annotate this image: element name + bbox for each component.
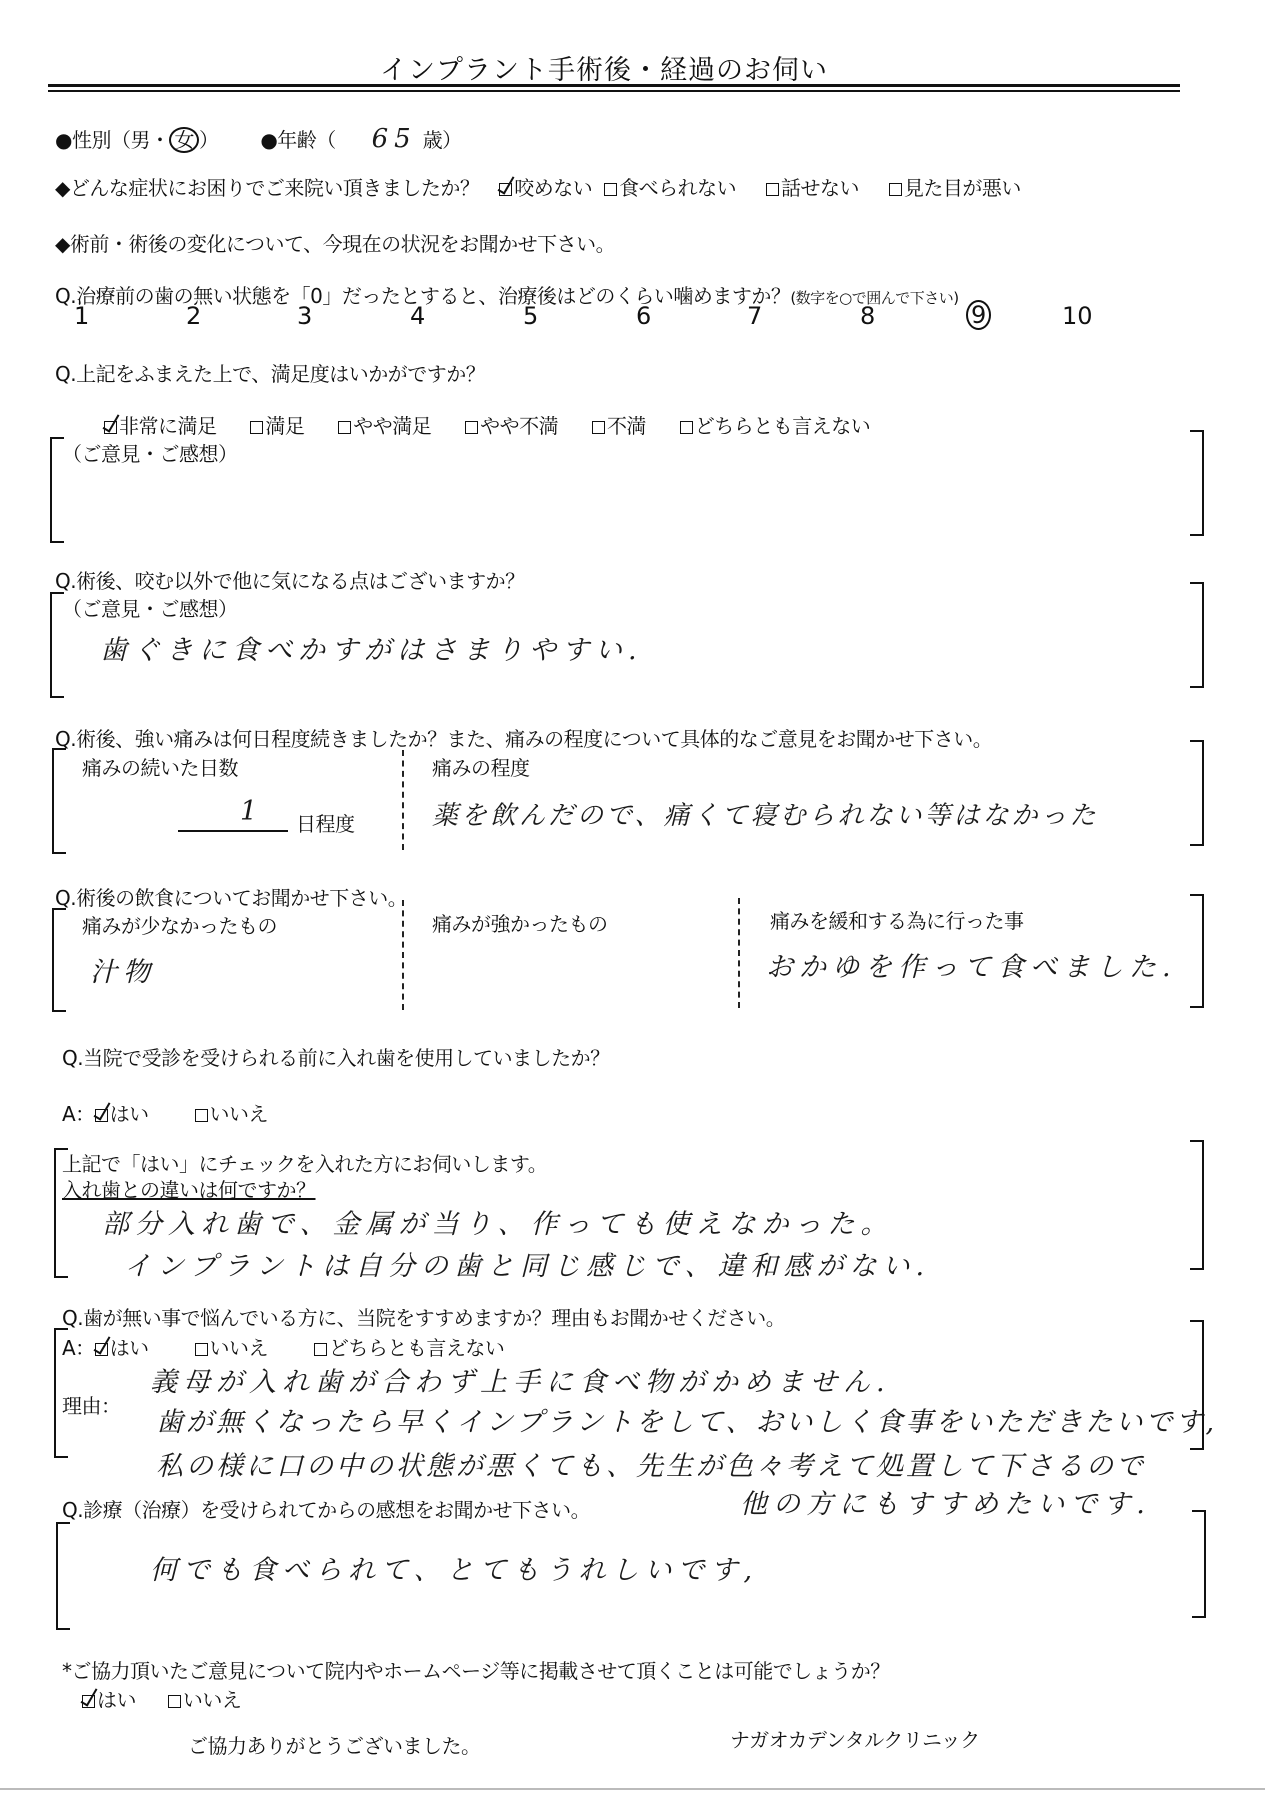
age-label: ●年齢（ [260, 128, 335, 152]
satisfaction-options: 非常に満足 満足 やや満足 やや不満 不満 どちらとも言えない [104, 410, 898, 439]
comment-box-right-bracket [1190, 430, 1204, 536]
checkbox-icon[interactable] [604, 183, 617, 196]
satisfaction-dissatisfied[interactable]: 不満 [592, 414, 646, 438]
option-label: いいえ [183, 1688, 242, 1712]
option-label: 咬めない [514, 176, 592, 200]
clinic-name: ナガオカデンタルクリニック [730, 1724, 980, 1753]
intro-text: ◆術前・術後の変化について、今現在の状況をお聞かせ下さい。 [55, 228, 615, 257]
thanks-text: ご協力ありがとうございました。 [188, 1730, 481, 1759]
option-label: どちらとも言えない [329, 1336, 505, 1360]
option-label: 不満 [607, 414, 646, 438]
scale-5[interactable]: 5 [523, 302, 538, 330]
pain-question: Q.術後、強い痛みは何日程度続きましたか？また、痛みの程度について具体的なご意見… [55, 723, 992, 752]
scale-4[interactable]: 4 [410, 302, 425, 330]
option-label: やや不満 [480, 414, 558, 438]
dentures-answer-line1[interactable]: 部分入れ歯で、金属が当り、作っても使えなかった。 [102, 1202, 893, 1241]
checkbox-checked-icon[interactable] [104, 421, 117, 434]
age-suffix: 歳） [423, 128, 462, 152]
satisfaction-neither[interactable]: どちらとも言えない [680, 414, 871, 438]
checkbox-icon[interactable] [195, 1343, 208, 1356]
dentures-followup-line2: 入れ歯との違いは何ですか？ [62, 1174, 316, 1203]
dentures-box-right-bracket [1190, 1140, 1204, 1270]
recommend-answer: A：はい いいえ どちらとも言えない [62, 1332, 504, 1361]
concerns-comment-field[interactable]: 歯ぐきに食べかすがはさまりやすい. [100, 628, 643, 667]
symptom-option-chew[interactable]: 咬めない [499, 176, 592, 200]
satisfaction-satisfied[interactable]: 満足 [250, 414, 304, 438]
checkbox-checked-icon[interactable] [82, 1695, 95, 1708]
scale-1[interactable]: 1 [74, 302, 89, 330]
answer-prefix: A： [62, 1336, 95, 1360]
option-label: はい [110, 1336, 149, 1360]
checkbox-checked-icon[interactable] [95, 1109, 108, 1122]
option-label: 非常に満足 [119, 414, 217, 438]
relief-value[interactable]: おかゆを作って食べました. [766, 945, 1177, 984]
checkbox-icon[interactable] [168, 1695, 181, 1708]
title-rule-top [48, 84, 1180, 87]
symptom-option-speak[interactable]: 話せない [766, 176, 859, 200]
concerns-comment-label: （ご意見・ご感想） [62, 593, 238, 622]
option-label: いいえ [210, 1102, 269, 1126]
impression-question: Q.診療（治療）を受けられてからの感想をお聞かせ下さい。 [62, 1494, 590, 1523]
option-label: いいえ [210, 1336, 269, 1360]
satisfaction-very-satisfied[interactable]: 非常に満足 [104, 414, 217, 438]
concerns-box-right-bracket [1190, 582, 1204, 688]
pain-box-divider [402, 750, 404, 850]
pain-box-right-bracket [1190, 740, 1204, 846]
pain-days-value[interactable]: 1 [240, 796, 263, 827]
scale-6[interactable]: 6 [636, 302, 651, 330]
checkbox-icon[interactable] [680, 421, 693, 434]
checkbox-icon[interactable] [592, 421, 605, 434]
checkbox-icon[interactable] [889, 183, 902, 196]
scale-3[interactable]: 3 [297, 302, 312, 330]
pain-degree-value[interactable]: 薬を飲んだので、痛くて寝むられない等はなかった [432, 795, 1098, 832]
reason-line-2[interactable]: 歯が無くなったら早くインプラントをして、おいしく食事をいただきたいです, [156, 1400, 1217, 1439]
pain-days-label: 痛みの続いた日数 [82, 752, 238, 781]
scale-2[interactable]: 2 [186, 302, 201, 330]
checkbox-icon[interactable] [338, 421, 351, 434]
option-label: やや満足 [353, 414, 431, 438]
symptom-option-appearance[interactable]: 見た目が悪い [889, 176, 1021, 200]
pain-days-suffix: 日程度 [296, 808, 355, 837]
form-title: インプラント手術後・経過のお伺い [380, 48, 828, 87]
checkbox-checked-icon[interactable] [95, 1343, 108, 1356]
relief-label: 痛みを緩和する為に行った事 [770, 905, 1024, 934]
checkbox-icon[interactable] [766, 183, 779, 196]
pain-box-left-bracket [52, 748, 66, 854]
impression-comment[interactable]: 何でも食べられて、とてもうれしいです, [150, 1548, 758, 1587]
scale-8[interactable]: 8 [860, 302, 875, 330]
age-value[interactable]: 65 [372, 124, 417, 154]
checkbox-checked-icon[interactable] [499, 183, 512, 196]
consent-no[interactable]: いいえ [168, 1688, 242, 1712]
option-label: 満足 [265, 414, 304, 438]
option-label: 話せない [781, 176, 859, 200]
satisfaction-somewhat-dissatisfied[interactable]: やや不満 [465, 414, 558, 438]
option-label: どちらとも言えない [695, 414, 871, 438]
scale-7[interactable]: 7 [747, 302, 762, 330]
answer-prefix: A： [62, 1102, 95, 1126]
consent-yes[interactable]: はい [82, 1688, 136, 1712]
profile-row: ●性別（男・女） ●年齢（ 65 歳） [55, 124, 462, 154]
satisfaction-somewhat-satisfied[interactable]: やや満足 [338, 414, 431, 438]
consent-question: *ご協力頂いたご意見について院内やホームページ等に掲載させて頂くことは可能でしょ… [62, 1655, 890, 1684]
dentures-question: Q.当院で受診を受けられる前に入れ歯を使用していましたか？ [62, 1042, 610, 1071]
eating-box-divider-2 [738, 898, 740, 1008]
recommend-question: Q.歯が無い事で悩んでいる方に、当院をすすめますか？理由もお聞かせください。 [62, 1302, 785, 1331]
gender-close: ） [199, 128, 219, 152]
option-label: はい [110, 1102, 149, 1126]
recommend-yes[interactable]: はい [95, 1336, 149, 1360]
scale-9-selected[interactable]: 9 [966, 300, 991, 330]
reason-line-3[interactable]: 私の様に口の中の状態が悪くても、先生が色々考えて処置して下さるので [156, 1444, 1146, 1483]
less-pain-label: 痛みが少なかったもの [82, 910, 277, 939]
satisfaction-comment-field[interactable] [100, 470, 1180, 530]
less-pain-value[interactable]: 汁物 [90, 950, 156, 989]
dentures-yes[interactable]: はい [95, 1102, 149, 1126]
symptoms-question: ◆どんな症状にお困りでご来院い頂きましたか？ [55, 176, 479, 200]
dentures-answer: A：はい いいえ [62, 1098, 268, 1127]
eating-question: Q.術後の飲食についてお聞かせ下さい。 [55, 882, 407, 911]
page-bottom-edge [0, 1788, 1265, 1790]
symptom-option-eat[interactable]: 食べられない [604, 176, 736, 200]
gender-label: ●性別（男・ [55, 128, 169, 152]
eating-box-right-bracket [1190, 894, 1204, 1008]
satisfaction-question: Q.上記をふまえた上で、満足度はいかがですか？ [55, 358, 485, 387]
gender-selected[interactable]: 女 [169, 127, 199, 153]
checkbox-icon[interactable] [314, 1343, 327, 1356]
more-pain-label: 痛みが強かったもの [432, 908, 608, 937]
checkbox-icon[interactable] [195, 1109, 208, 1122]
option-label: 食べられない [619, 176, 736, 200]
option-label: 見た目が悪い [904, 176, 1021, 200]
title-rule-bottom [48, 90, 1180, 92]
pain-days-underline [178, 830, 288, 832]
satisfaction-comment-label: （ご意見・ご感想） [62, 438, 238, 467]
recommend-no[interactable]: いいえ [195, 1336, 269, 1360]
reason-line-1[interactable]: 義母が入れ歯が合わず上手に食べ物がかめません. [150, 1360, 891, 1399]
symptoms-row: ◆どんな症状にお困りでご来院い頂きましたか？ 咬めない 食べられない 話せない … [55, 172, 1021, 201]
pain-degree-label: 痛みの程度 [432, 752, 530, 781]
scale-10[interactable]: 10 [1062, 302, 1093, 330]
dentures-followup-line1: 上記で「はい」にチェックを入れた方にお伺いします。 [62, 1148, 547, 1177]
dentures-answer-line2[interactable]: インプラントは自分の歯と同じ感じで、違和感がない. [124, 1244, 930, 1283]
eating-box-left-bracket [52, 908, 66, 1012]
reason-line-4[interactable]: 他の方にもすすめたいです. [740, 1482, 1151, 1521]
consent-options: はい いいえ [82, 1684, 241, 1713]
checkbox-icon[interactable] [465, 421, 478, 434]
dentures-no[interactable]: いいえ [195, 1102, 269, 1126]
eating-box-divider-1 [402, 900, 404, 1010]
impression-box-left-bracket [56, 1522, 70, 1630]
reason-label: 理由： [62, 1390, 121, 1419]
option-label: はい [97, 1688, 136, 1712]
recommend-neither[interactable]: どちらとも言えない [314, 1336, 505, 1360]
impression-box-right-bracket [1192, 1510, 1206, 1618]
concerns-question: Q.術後、咬む以外で他に気になる点はございますか？ [55, 565, 525, 594]
checkbox-icon[interactable] [250, 421, 263, 434]
